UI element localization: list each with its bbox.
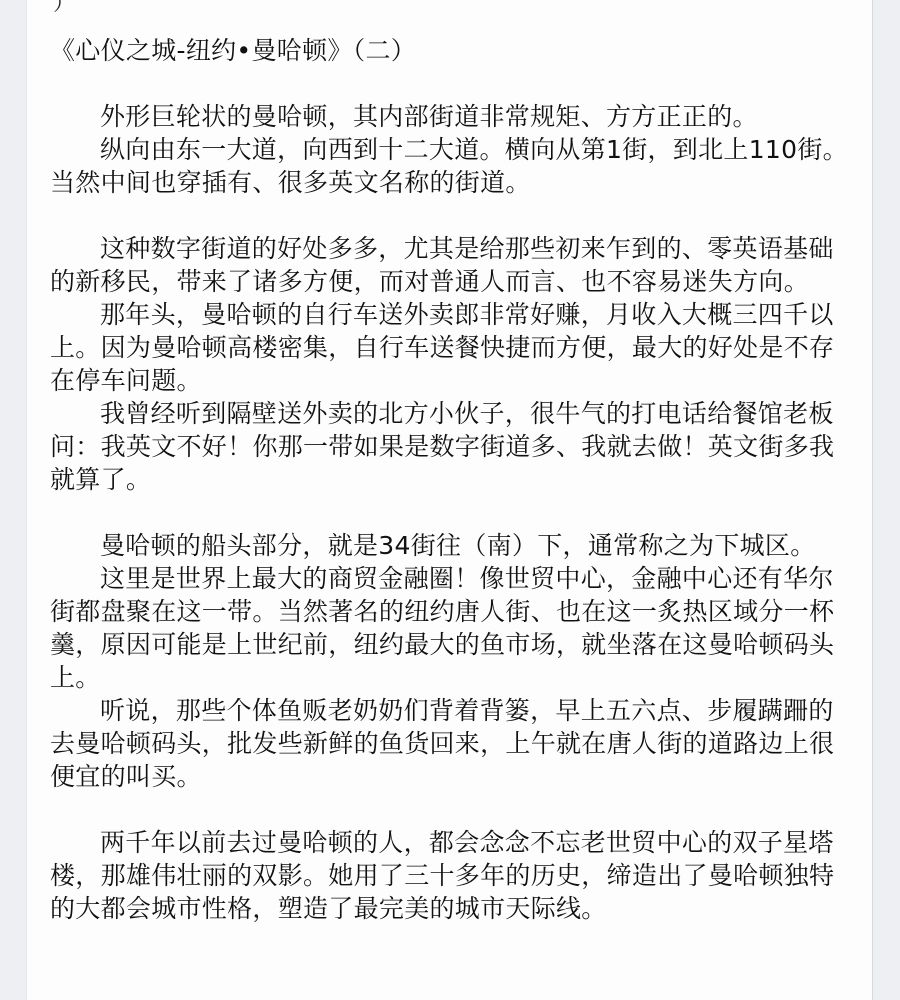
paragraph: 那年头，曼哈顿的自行车送外卖郎非常好赚，月收入大概三四千以上。因为曼哈顿高楼密集… — [50, 298, 850, 397]
page-background: ） 《心仪之城-纽约•曼哈顿》（二） 外形巨轮状的曼哈顿，其内部街道非常规矩、方… — [0, 0, 900, 1000]
paragraph: 这种数字街道的好处多多，尤其是给那些初来乍到的、零英语基础的新移民，带来了诸多方… — [50, 232, 850, 298]
paragraph-gap — [50, 793, 850, 826]
previous-text-fragment: ） — [53, 0, 75, 17]
paragraph: 两千年以前去过曼哈顿的人，都会念念不忘老世贸中心的双子星塔楼，那雄伟壮丽的双影。… — [50, 826, 850, 925]
paragraph: 听说，那些个体鱼贩老奶奶们背着背篓，早上五六点、步履蹒跚的去曼哈顿码头，批发些新… — [50, 694, 850, 793]
article-card[interactable]: ） 《心仪之城-纽约•曼哈顿》（二） 外形巨轮状的曼哈顿，其内部街道非常规矩、方… — [26, 0, 873, 1000]
paragraph: 纵向由东一大道，向西到十二大道。横向从第1街，到北上110街。当然中间也穿插有、… — [50, 133, 850, 199]
paragraph: 这里是世界上最大的商贸金融圈！像世贸中心，金融中心还有华尔街都盘聚在这一带。当然… — [50, 562, 850, 694]
paragraph-gap — [50, 496, 850, 529]
paragraph: 我曾经听到隔壁送外卖的北方小伙子，很牛气的打电话给餐馆老板问：我英文不好！你那一… — [50, 397, 850, 496]
paragraph-gap — [50, 199, 850, 232]
article-body: 《心仪之城-纽约•曼哈顿》（二） 外形巨轮状的曼哈顿，其内部街道非常规矩、方方正… — [50, 34, 850, 925]
paragraph: 曼哈顿的船头部分，就是34街往（南）下，通常称之为下城区。 — [50, 529, 850, 562]
article-title: 《心仪之城-纽约•曼哈顿》（二） — [50, 34, 850, 67]
paragraph: 外形巨轮状的曼哈顿，其内部街道非常规矩、方方正正的。 — [50, 100, 850, 133]
